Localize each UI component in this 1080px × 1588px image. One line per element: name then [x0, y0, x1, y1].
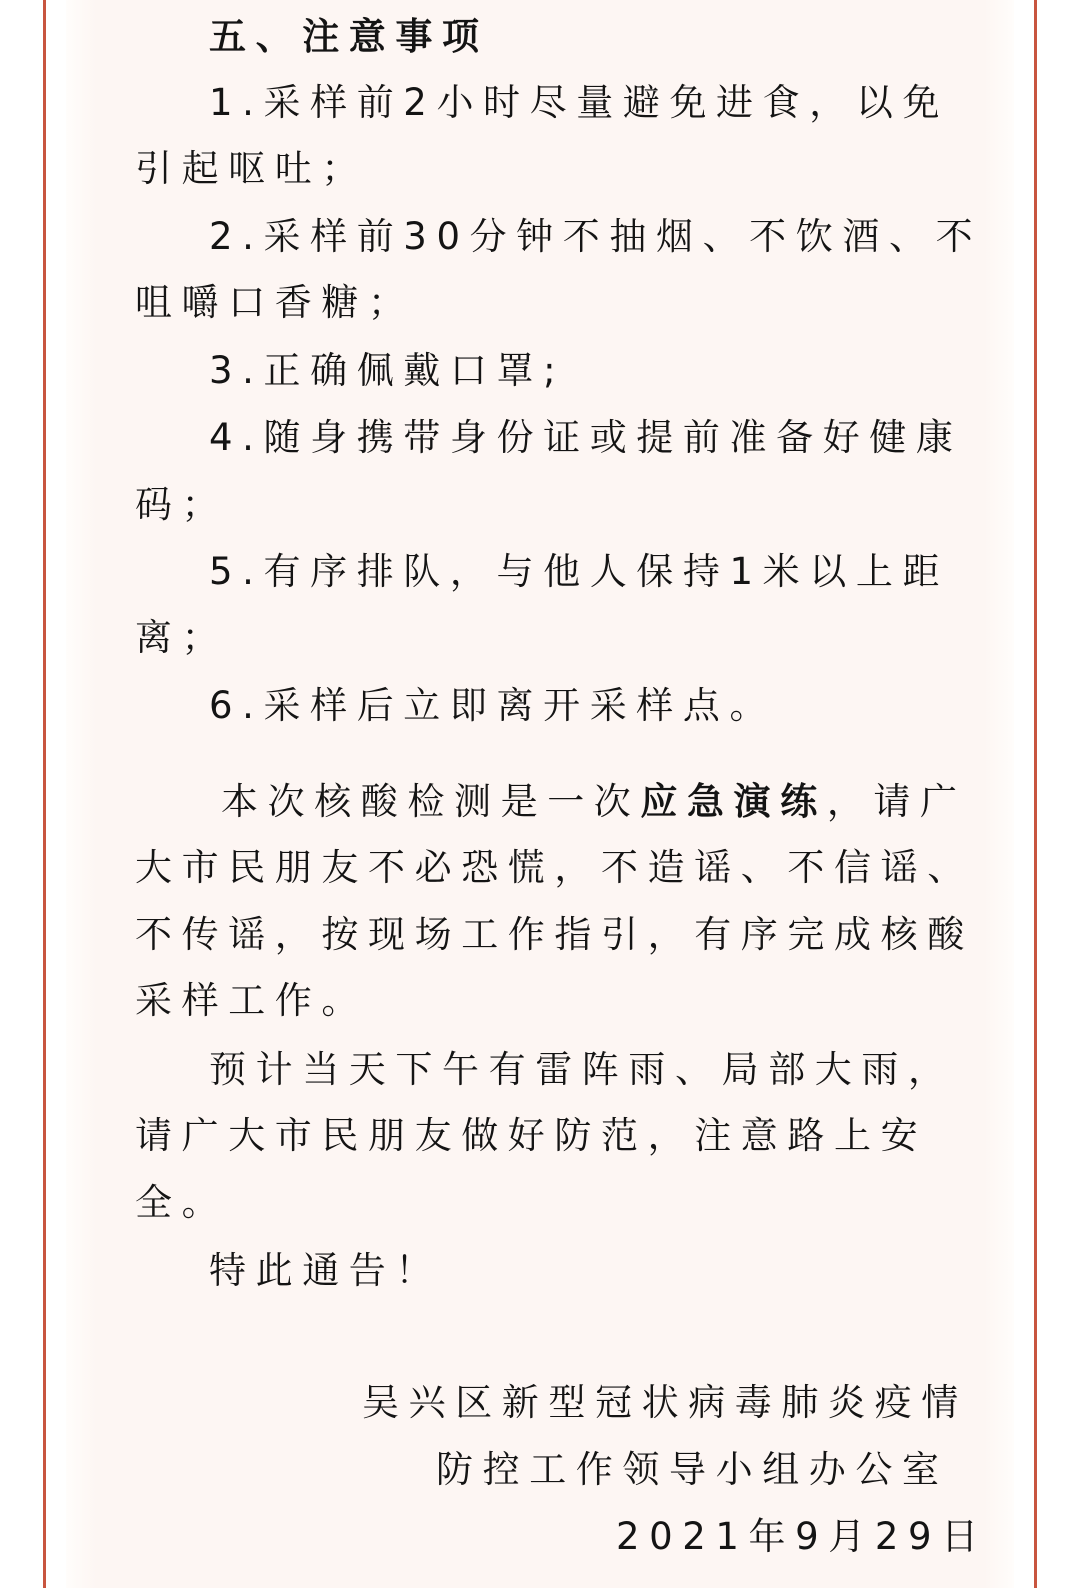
- item-4-line-2: 码；: [135, 482, 935, 528]
- closing-line: 特此通告！: [135, 1248, 1009, 1294]
- drill-text-bold: 应急演练: [640, 780, 826, 823]
- weather-paragraph-line-1: 预计当天下午有雷阵雨、局部大雨，: [135, 1047, 1009, 1093]
- item-6-line-1: 6.采样后立即离开采样点。: [135, 683, 1009, 729]
- item-4-line-1: 4.随身携带身份证或提前准备好健康: [135, 415, 1009, 461]
- drill-paragraph-line-1: 本次核酸检测是一次应急演练，请广: [135, 779, 1021, 825]
- drill-paragraph-line-2: 大市民朋友不必恐慌，不造谣、不信谣、: [135, 845, 935, 891]
- section-heading: 五、注意事项: [135, 14, 1009, 60]
- item-5-line-2: 离；: [135, 615, 935, 661]
- item-2-line-1: 2.采样前30分钟不抽烟、不饮酒、不: [135, 214, 1009, 260]
- item-3-line-1: 3.正确佩戴口罩;: [135, 348, 1009, 394]
- item-1-line-1: 1.采样前2小时尽量避免进食，以免: [135, 80, 1009, 126]
- left-border-line: [43, 0, 46, 1588]
- drill-text-pre: 本次核酸检测是一次: [221, 780, 640, 823]
- item-5-line-1: 5.有序排队，与他人保持1米以上距: [135, 549, 1009, 595]
- right-border-line: [1034, 0, 1037, 1588]
- signature-org-line-2: 防控工作领导小组办公室: [436, 1447, 949, 1493]
- signature-org-line-1: 吴兴区新型冠状病毒肺炎疫情: [362, 1380, 968, 1426]
- drill-text-post: ，请广: [827, 780, 967, 823]
- drill-paragraph-line-4: 采样工作。: [135, 978, 935, 1024]
- drill-paragraph-line-3: 不传谣，按现场工作指引，有序完成核酸: [135, 912, 935, 958]
- weather-paragraph-line-3: 全。: [135, 1180, 935, 1226]
- item-1-line-2: 引起呕吐；: [135, 146, 935, 192]
- signature-date: 2021年9月29日: [616, 1514, 988, 1560]
- weather-paragraph-line-2: 请广大市民朋友做好防范，注意路上安: [135, 1113, 935, 1159]
- item-2-line-2: 咀嚼口香糖；: [135, 280, 935, 326]
